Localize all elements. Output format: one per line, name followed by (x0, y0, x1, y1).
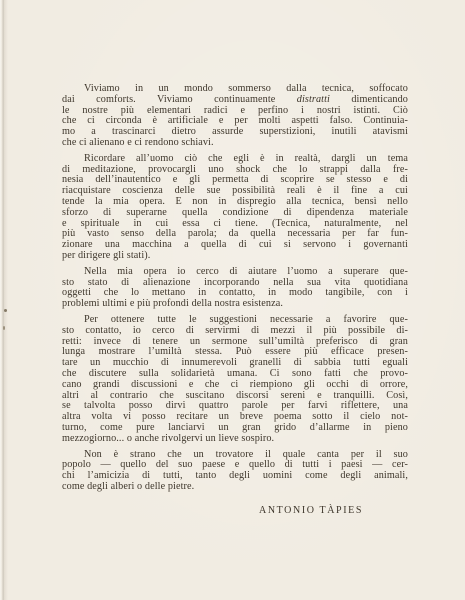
text-line: sforzo di superarne quella condizione di… (62, 208, 408, 219)
text-line: mezzogiorno... o anche rivolgervi un lie… (62, 434, 408, 445)
paragraph: Ricordare all’uomo ciò che egli è in rea… (62, 154, 408, 262)
paragraph: Nella mia opera io cerco di aiutare l’uo… (62, 267, 408, 310)
scan-speck (3, 326, 5, 330)
text-line: problemi ultimi e più profondi della nos… (62, 299, 408, 310)
scan-speck (4, 309, 7, 312)
text-line: Nella mia opera io cerco di aiutare l’uo… (62, 267, 408, 278)
text-line: dai comforts. Viviamo continuamente dist… (62, 95, 408, 106)
paragraph: Non è strano che un trovatore il quale c… (62, 450, 408, 493)
book-page: Viviamo in un mondo sommerso dalla tecni… (0, 0, 465, 600)
page-text: Viviamo in un mondo sommerso dalla tecni… (62, 84, 408, 516)
text-line: come degli alberi o delle pietre. (62, 482, 408, 493)
text-line: sto contatto, io cerco di servirmi di me… (62, 326, 408, 337)
text-line: per dirigere gli stati). (62, 251, 408, 262)
author-signature: ANTONIO TÀPIES (62, 506, 408, 517)
text-line: cano grandi discussioni e che ci riempio… (62, 380, 408, 391)
paragraph: Viviamo in un mondo sommerso dalla tecni… (62, 84, 408, 149)
text-line: Ricordare all’uomo ciò che egli è in rea… (62, 154, 408, 165)
text-line: che ci alienano e ci rendono schiavi. (62, 138, 408, 149)
paragraph: Per ottenere tutte le suggestioni necess… (62, 315, 408, 445)
page-edge-shadow (0, 0, 8, 600)
